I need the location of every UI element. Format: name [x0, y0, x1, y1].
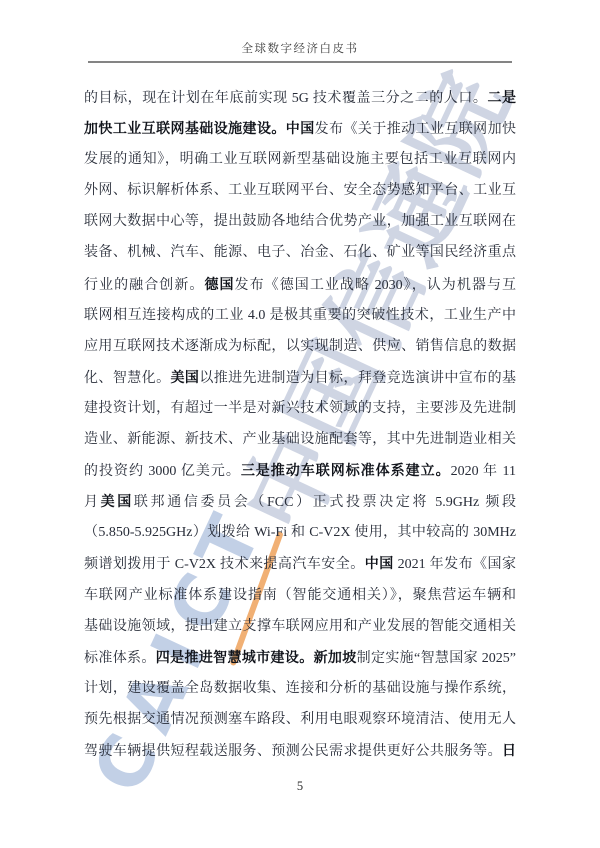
emphasis-segment: 中国 [365, 555, 394, 571]
text-segment: 标准体系。 [84, 651, 156, 666]
emphasis-segment: 美国 [101, 493, 134, 509]
text-line: 的目标，现在计划在年底前实现 5G 技术覆盖三分之二的人口。二是 [84, 82, 516, 113]
text-line: 行业的融合创新。德国发布《德国工业战略 2030》，认为机器与互 [84, 269, 516, 300]
text-segment: 发布《关于推动工业互联网加快 [315, 122, 516, 137]
text-line: 发展的通知》，明确工业互联网新型基础设施主要包括工业互联网内 [84, 144, 516, 175]
text-segment: 外网、标识解析体系、工业互联网平台、安全态势感知平台、工业互 [84, 183, 516, 198]
text-segment: 月 [84, 495, 101, 510]
text-segment: 制定实施“智慧国家 2025” [357, 651, 516, 666]
text-line: 加快工业互联网基础设施建设。中国发布《关于推动工业互联网加快 [84, 113, 516, 144]
text-line: 月美国联邦通信委员会（FCC）正式投票决定将 5.9GHz 频段 [84, 486, 516, 517]
text-line: 预先根据交通情况预测塞车路段、利用电眼观察环境清洁、使用无人 [84, 704, 516, 735]
text-segment: 车联网产业标准体系建设指南（智能交通相关）》，聚焦营运车辆和 [84, 588, 516, 603]
text-line: 的投资约 3000 亿美元。三是推动车联网标准体系建立。2020 年 11 [84, 455, 516, 486]
text-line: （5.850-5.925GHz）划拨给 Wi-Fi 和 C-V2X 使用，其中较… [84, 517, 516, 548]
text-segment: 行业的融合创新。 [84, 278, 204, 293]
text-segment: 频谱划拨用于 C-V2X 技术来提高汽车安全。 [84, 557, 365, 572]
text-line: 应用互联网技术逐渐成为标配，以实现制造、供应、销售信息的数据 [84, 331, 516, 362]
emphasis-segment: 三是推动车联网标准体系建立。 [241, 462, 451, 478]
emphasis-segment: 二是 [487, 89, 516, 105]
text-line: 频谱划拨用于 C-V2X 技术来提高汽车安全。中国 2021 年发布《国家 [84, 548, 516, 579]
emphasis-segment: 新加坡 [314, 649, 357, 665]
emphasis-segment: 日 [502, 742, 516, 758]
text-segment: 应用互联网技术逐渐成为标配，以实现制造、供应、销售信息的数据 [84, 339, 516, 354]
text-line: 基础设施领域，提出建立支撑车联网应用和产业发展的智能交通相关 [84, 611, 516, 642]
text-segment: 预先根据交通情况预测塞车路段、利用电眼观察环境清洁、使用无人 [84, 712, 516, 727]
page-number: 5 [0, 779, 600, 794]
emphasis-segment: 美国 [170, 369, 199, 385]
text-line: 联网大数据中心等，提出鼓励各地结合优势产业，加强工业互联网在 [84, 206, 516, 237]
text-segment: 联邦通信委员会（FCC）正式投票决定将 5.9GHz 频段 [134, 495, 516, 510]
text-line: 建投资计划，有超过一半是对新兴技术领域的支持，主要涉及先进制 [84, 393, 516, 424]
header-rule [88, 61, 512, 63]
text-line: 造业、新能源、新技术、产业基础设施配套等，其中先进制造业相关 [84, 424, 516, 455]
text-segment: 的目标，现在计划在年底前实现 5G 技术覆盖三分之二的人口。 [84, 91, 487, 106]
text-line: 联网相互连接构成的工业 4.0 是极其重要的突破性技术，工业生产中 [84, 300, 516, 331]
emphasis-segment: 德国 [204, 276, 234, 292]
text-segment: 建投资计划，有超过一半是对新兴技术领域的支持，主要涉及先进制 [84, 401, 516, 416]
text-line: 车联网产业标准体系建设指南（智能交通相关）》，聚焦营运车辆和 [84, 580, 516, 611]
emphasis-segment: 中国 [286, 120, 315, 136]
text-line: 标准体系。四是推进智慧城市建设。新加坡制定实施“智慧国家 2025” [84, 642, 516, 673]
text-line: 外网、标识解析体系、工业互联网平台、安全态势感知平台、工业互 [84, 175, 516, 206]
emphasis-segment: 加快工业互联网基础设施建设。 [84, 120, 286, 136]
text-segment: 基础设施领域，提出建立支撑车联网应用和产业发展的智能交通相关 [84, 619, 516, 634]
text-segment: 装备、机械、汽车、能源、电子、冶金、石化、矿业等国民经济重点 [84, 245, 516, 260]
header-title: 全球数字经济白皮书 [0, 40, 600, 56]
text-segment: （5.850-5.925GHz）划拨给 Wi-Fi 和 C-V2X 使用，其中较… [84, 525, 516, 540]
text-line: 驾驶车辆提供短程载送服务、预测公民需求提供更好公共服务等。日 [84, 735, 516, 766]
document-page: CAICT 中国信通院 全球数字经济白皮书 的目标，现在计划在年底前实现 5G … [0, 0, 600, 848]
text-segment: 化、智慧化。 [84, 371, 170, 386]
text-segment: 发布《德国工业战略 2030》，认为机器与互 [235, 278, 516, 293]
text-line: 装备、机械、汽车、能源、电子、冶金、石化、矿业等国民经济重点 [84, 237, 516, 268]
text-segment: 的投资约 3000 亿美元。 [84, 464, 241, 479]
emphasis-segment: 四是推进智慧城市建设。 [156, 649, 314, 665]
text-segment: 2020 年 11 [451, 464, 516, 479]
text-segment: 造业、新能源、新技术、产业基础设施配套等，其中先进制造业相关 [84, 432, 516, 447]
text-segment: 联网相互连接构成的工业 4.0 是极其重要的突破性技术，工业生产中 [84, 308, 516, 323]
text-segment: 以推进先进制造为目标，拜登竞选演讲中宣布的基 [199, 371, 516, 386]
text-segment: 联网大数据中心等，提出鼓励各地结合优势产业，加强工业互联网在 [84, 214, 516, 229]
text-segment: 发展的通知》，明确工业互联网新型基础设施主要包括工业互联网内 [84, 152, 516, 167]
text-segment: 计划，建设覆盖全岛数据收集、连接和分析的基础设施与操作系统， [84, 681, 516, 696]
body-text: 的目标，现在计划在年底前实现 5G 技术覆盖三分之二的人口。二是加快工业互联网基… [84, 82, 516, 766]
text-segment: 驾驶车辆提供短程载送服务、预测公民需求提供更好公共服务等。 [84, 744, 502, 759]
text-line: 化、智慧化。美国以推进先进制造为目标，拜登竞选演讲中宣布的基 [84, 362, 516, 393]
text-line: 计划，建设覆盖全岛数据收集、连接和分析的基础设施与操作系统， [84, 673, 516, 704]
text-segment: 2021 年发布《国家 [394, 557, 516, 572]
